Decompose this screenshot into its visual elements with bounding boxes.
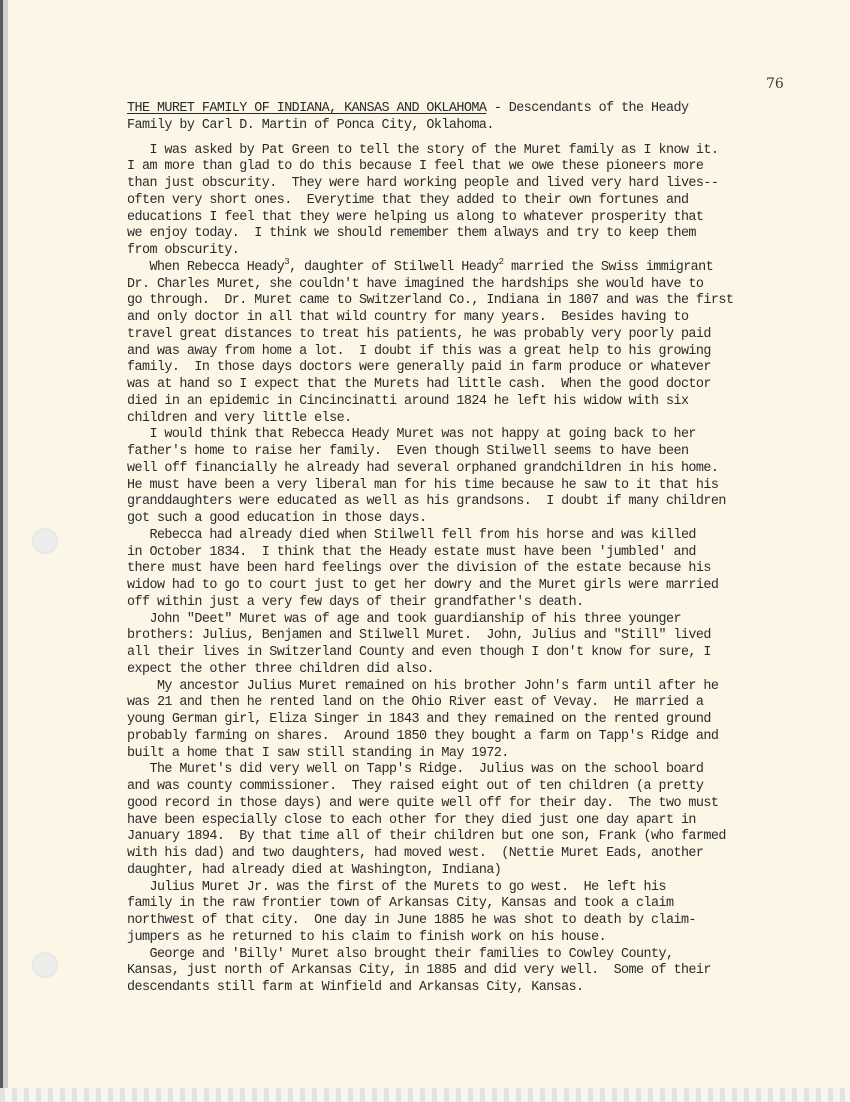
text-line: in October 1834. I think that the Heady … xyxy=(127,545,817,562)
document-body: THE MURET FAMILY OF INDIANA, KANSAS AND … xyxy=(127,101,817,997)
text-line: Julius Muret Jr. was the first of the Mu… xyxy=(127,880,817,897)
page-number: 76 xyxy=(766,76,784,92)
text-line: jumpers as he returned to his claim to f… xyxy=(127,930,817,947)
text-line: got such a good education in those days. xyxy=(127,511,817,528)
text-line: there must have been hard feelings over … xyxy=(127,561,817,578)
text-line: brothers: Julius, Benjamen and Stilwell … xyxy=(127,628,817,645)
punch-hole xyxy=(32,952,58,978)
text-line: Rebecca had already died when Stilwell f… xyxy=(127,528,817,545)
text-line: Kansas, just north of Arkansas City, in … xyxy=(127,963,817,980)
text-line: from obscurity. xyxy=(127,243,817,260)
text-line: northwest of that city. One day in June … xyxy=(127,913,817,930)
title-line-2: Family by Carl D. Martin of Ponca City, … xyxy=(127,118,817,135)
text-line: we enjoy today. I think we should rememb… xyxy=(127,226,817,243)
text-line: was 21 and then he rented land on the Oh… xyxy=(127,695,817,712)
text-line: and was county commissioner. They raised… xyxy=(127,779,817,796)
text-line: was at hand so I expect that the Murets … xyxy=(127,377,817,394)
text-line: probably farming on shares. Around 1850 … xyxy=(127,729,817,746)
title-subtitle: - Descendants of the Heady xyxy=(486,101,688,116)
text-line: often very short ones. Everytime that th… xyxy=(127,193,817,210)
text-line: John "Deet" Muret was of age and took gu… xyxy=(127,612,817,629)
text-line: family. In those days doctors were gener… xyxy=(127,360,817,377)
text-line: off within just a very few days of their… xyxy=(127,595,817,612)
text-line: educations I feel that they were helping… xyxy=(127,210,817,227)
text-line: descendants still farm at Winfield and A… xyxy=(127,980,817,997)
text-line: good record in those days) and were quit… xyxy=(127,796,817,813)
punch-hole xyxy=(32,528,58,554)
text-line: George and 'Billy' Muret also brought th… xyxy=(127,947,817,964)
text-line: and only doctor in all that wild country… xyxy=(127,310,817,327)
text-line: built a home that I saw still standing i… xyxy=(127,746,817,763)
title-line: THE MURET FAMILY OF INDIANA, KANSAS AND … xyxy=(127,101,817,118)
text-line: all their lives in Switzerland County an… xyxy=(127,645,817,662)
text-line: I was asked by Pat Green to tell the sto… xyxy=(127,143,817,160)
text-line: young German girl, Eliza Singer in 1843 … xyxy=(127,712,817,729)
text-line: Dr. Charles Muret, she couldn't have ima… xyxy=(127,277,817,294)
text-line: daughter, had already died at Washington… xyxy=(127,863,817,880)
text-line: granddaughters were educated as well as … xyxy=(127,494,817,511)
text-line: My ancestor Julius Muret remained on his… xyxy=(127,679,817,696)
text-line: When Rebecca Heady3, daughter of Stilwel… xyxy=(127,260,817,277)
text-line: and was away from home a lot. I doubt if… xyxy=(127,344,817,361)
text-line: expect the other three children did also… xyxy=(127,662,817,679)
text-line: I would think that Rebecca Heady Muret w… xyxy=(127,427,817,444)
text-line: have been especially close to each other… xyxy=(127,813,817,830)
text-line: well off financially he already had seve… xyxy=(127,461,817,478)
text-line: children and very little else. xyxy=(127,411,817,428)
text-line: January 1894. By that time all of their … xyxy=(127,829,817,846)
text-fragment: married the Swiss immigrant xyxy=(504,260,714,275)
text-line: than just obscurity. They were hard work… xyxy=(127,176,817,193)
text-line: widow had to go to court just to get her… xyxy=(127,578,817,595)
page-bottom-edge xyxy=(0,1088,850,1102)
text-line: with his dad) and two daughters, had mov… xyxy=(127,846,817,863)
document-title: THE MURET FAMILY OF INDIANA, KANSAS AND … xyxy=(127,101,486,116)
text-fragment: When Rebecca Heady xyxy=(127,260,284,275)
text-line: family in the raw frontier town of Arkan… xyxy=(127,896,817,913)
text-line: I am more than glad to do this because I… xyxy=(127,159,817,176)
text-line: father's home to raise her family. Even … xyxy=(127,444,817,461)
text-fragment: , daughter of Stilwell Heady xyxy=(289,260,499,275)
text-line: The Muret's did very well on Tapp's Ridg… xyxy=(127,762,817,779)
text-line: He must have been a very liberal man for… xyxy=(127,478,817,495)
text-line: died in an epidemic in Cincincinatti aro… xyxy=(127,394,817,411)
text-line: go through. Dr. Muret came to Switzerlan… xyxy=(127,293,817,310)
text-line: travel great distances to treat his pati… xyxy=(127,327,817,344)
